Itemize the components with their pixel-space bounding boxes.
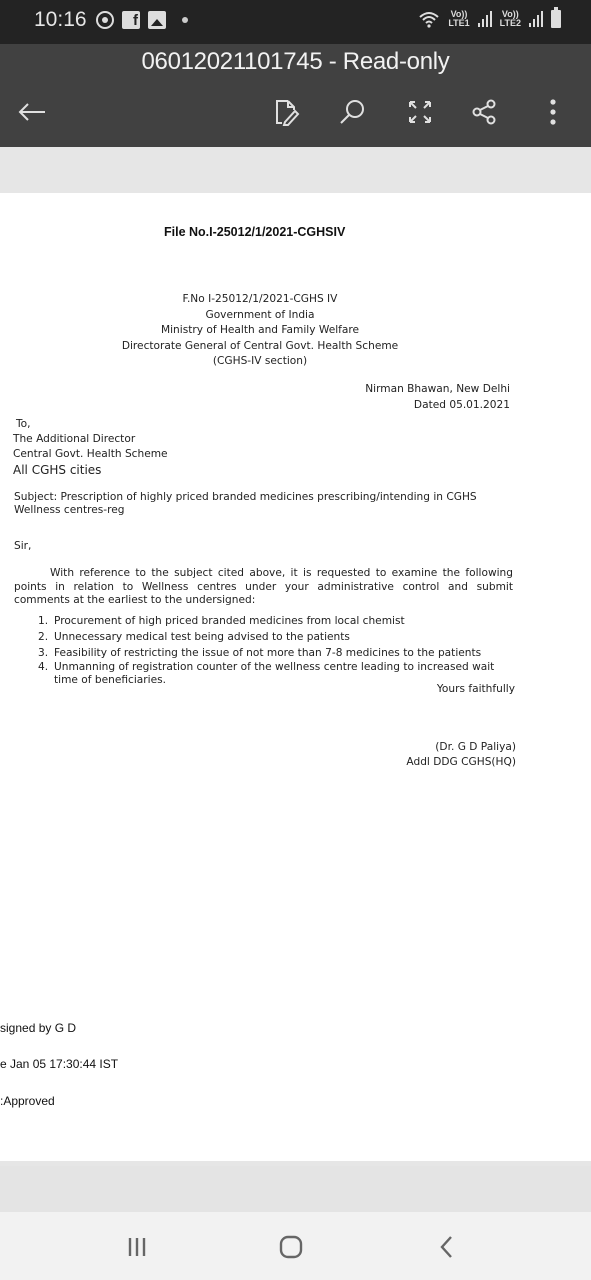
more-vert-icon (548, 98, 558, 126)
closing: Yours faithfully (437, 683, 515, 695)
esign-signed-by: signed by G D (0, 1021, 76, 1035)
fullscreen-icon (407, 99, 433, 125)
battery-icon (551, 10, 561, 28)
back-icon (436, 1234, 456, 1260)
home-icon (278, 1234, 304, 1260)
greeting: Sir, (14, 540, 31, 552)
document-page: File No.I-25012/1/2021-CGHSIV F.No I-250… (0, 193, 591, 1161)
signature-block: (Dr. G D Paliya) Addl DDG CGHS(HQ) (406, 740, 516, 769)
gallery-icon (148, 11, 166, 29)
esign-status: :Approved (0, 1094, 55, 1108)
sim1-label: Vo)) LTE1 (448, 10, 469, 28)
status-time: 10:16 (34, 8, 87, 32)
recipient-block: To, The Additional Director Central Govt… (13, 417, 168, 478)
facebook-icon: f (122, 11, 140, 29)
date: Dated 05.01.2021 (365, 398, 510, 414)
viewer-bottom-area (0, 1166, 591, 1212)
signal-icon (478, 11, 492, 27)
search-button[interactable] (336, 96, 368, 128)
points-list: 1.Procurement of high priced branded med… (38, 613, 518, 687)
list-item: 3.Feasibility of restricting the issue o… (38, 645, 518, 661)
share-icon (470, 98, 498, 126)
back-nav-button[interactable] (426, 1232, 466, 1262)
letter-header: F.No I-25012/1/2021-CGHS IV Government o… (100, 292, 420, 370)
document-viewer[interactable]: File No.I-25012/1/2021-CGHSIV F.No I-250… (0, 147, 591, 1212)
system-indicators: Vo)) LTE1 Vo)) LTE2 (418, 10, 561, 28)
body-paragraph: With reference to the subject cited abov… (14, 567, 513, 608)
signatory-name: (Dr. G D Paliya) (406, 740, 516, 755)
notification-icons: f (96, 11, 188, 29)
fullscreen-button[interactable] (404, 96, 436, 128)
edit-button[interactable] (270, 96, 302, 128)
list-item: 1.Procurement of high priced branded med… (38, 613, 518, 629)
place-date: Nirman Bhawan, New Delhi Dated 05.01.202… (365, 382, 510, 413)
signatory-title: Addl DDG CGHS(HQ) (406, 755, 516, 770)
app-bar: 06012021101745 - Read-only (0, 44, 591, 147)
file-number: File No.I-25012/1/2021-CGHSIV (164, 225, 345, 239)
sim2-label: Vo)) LTE2 (500, 10, 521, 28)
document-title: 06012021101745 - Read-only (0, 48, 591, 76)
subject: Subject: Prescription of highly priced b… (14, 491, 477, 517)
list-item: 2.Unnecessary medical test being advised… (38, 629, 518, 645)
recents-icon (125, 1236, 149, 1258)
edit-document-icon (272, 98, 300, 126)
recents-button[interactable] (117, 1232, 157, 1262)
status-bar: 10:16 f Vo)) LTE1 Vo)) LTE2 (0, 0, 591, 44)
navigation-bar (0, 1212, 591, 1280)
share-button[interactable] (468, 96, 500, 128)
search-icon (338, 98, 366, 126)
back-arrow-icon (17, 102, 47, 122)
wifi-icon (418, 10, 440, 28)
dot-icon (182, 17, 188, 23)
esign-date: e Jan 05 17:30:44 IST (0, 1057, 118, 1071)
signal-icon (529, 11, 543, 27)
home-button[interactable] (271, 1232, 311, 1262)
whatsapp-icon (96, 11, 114, 29)
more-options-button[interactable] (537, 96, 569, 128)
place: Nirman Bhawan, New Delhi (365, 382, 510, 398)
back-button[interactable] (16, 96, 48, 128)
